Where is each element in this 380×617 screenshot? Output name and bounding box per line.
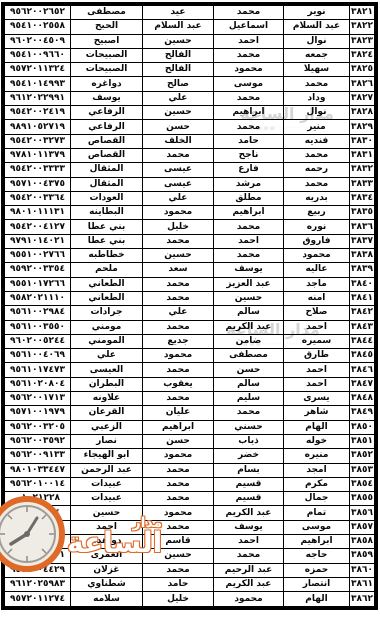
table-row: ٣٨٢٦محمدموسىصالحدواغره٩٥٤١٠١٤٩٩٣: [5, 77, 375, 91]
cell-id: ٣٨٣٠: [350, 134, 375, 148]
table-row: ٣٨٢٧ودادمحمدعلييوسف٩٦١٢٠٢٢٩٩١: [5, 91, 375, 105]
cell-name: موسى: [284, 520, 350, 534]
cell-id: ٣٨٣٥: [350, 206, 375, 220]
cell-id: ٣٨٢٢: [350, 20, 375, 34]
table-row: ٣٨٥٣امجدبساممحمدعبد الرحمن٩٨٠١٠٣٣٤٤٧: [5, 463, 375, 477]
cell-grandfather: حسين: [143, 106, 214, 120]
cell-name: احمد: [284, 363, 350, 377]
cell-phone: ٩٦٠٢٠٠٤٥٠٩: [5, 34, 71, 48]
roster-table: ٣٨٢١نويرمحمدعيدمصطفى٩٥٦٢٠٠٢٦٥٢٣٨٢٢عبد ال…: [4, 5, 375, 607]
cell-name: وداد: [284, 91, 350, 105]
cell-grandfather: حامد: [143, 577, 214, 591]
cell-phone: ٩٥٤٢٠٠٣٣٣٣: [5, 163, 71, 177]
cell-grandfather: يعقوب: [143, 377, 214, 391]
cell-phone: ٩٥٤١٠٠٩٦٦٠: [5, 48, 71, 62]
cell-family: علاونه: [71, 392, 143, 406]
cell-father: احمد: [214, 34, 284, 48]
cell-father: قسيم: [214, 492, 284, 506]
cell-id: ٣٨٢٥: [350, 63, 375, 77]
cell-grandfather: عليان: [143, 406, 214, 420]
cell-family: مومني: [71, 320, 143, 334]
cell-id: ٣٨٤٨: [350, 392, 375, 406]
cell-family: دواهده: [71, 534, 143, 548]
table-row: ٣٨٦٠حمزهعبد الرحيممحمدغزلان٩٥٧١٠٠٤٤٢٩: [5, 563, 375, 577]
cell-family: العودات: [71, 191, 143, 205]
cell-family: علي: [71, 349, 143, 363]
cell-father: عبد الكريم: [214, 577, 284, 591]
table-row: ٣٨٢٣نوالاحمدحسيناصبيح٩٦٠٢٠٠٤٥٠٩: [5, 34, 375, 48]
cell-grandfather: محمد: [143, 563, 214, 577]
cell-family: احمد: [71, 520, 143, 534]
table-row: ٣٨٥٠الهامحسنيابراهيمالزعبي٩٥٦٢٠٠٣٢٠٥: [5, 420, 375, 434]
table-row: ٣٨٤٧احمدسالميعقوبالبطران٩٥٦١٠٢٠٨٠٤: [5, 377, 375, 391]
cell-id: ٣٨٣٦: [350, 220, 375, 234]
cell-grandfather: سعد: [143, 263, 214, 277]
cell-family: الحبح: [71, 20, 143, 34]
cell-name: عاليه: [284, 263, 350, 277]
roster-sheet: ٣٨٢١نويرمحمدعيدمصطفى٩٥٦٢٠٠٢٦٥٢٣٨٢٢عبد ال…: [1, 2, 378, 610]
cell-name: رحمه: [284, 163, 350, 177]
table-row: ٣٨٢١نويرمحمدعيدمصطفى٩٥٦٢٠٠٢٦٥٢: [5, 6, 375, 20]
cell-grandfather: ابراهيم: [143, 420, 214, 434]
cell-father: حسني: [214, 420, 284, 434]
cell-name: احمد: [284, 377, 350, 391]
cell-grandfather: محمود: [143, 506, 214, 520]
table-row: ٣٨٥٢منيرهخضرمحمودابو الهيجاء٩٥٦٢٠٠٩١٣٣: [5, 449, 375, 463]
cell-phone: ٩٦٠٢٠٠٥٢٤٤: [5, 334, 71, 348]
cell-grandfather: محمد: [143, 320, 214, 334]
cell-id: ٣٨٥٨: [350, 534, 375, 548]
table-row: ٣٨٤٨يسرىسليممحمدعلاونه٩٥٦٢٠٠١٧١٣: [5, 392, 375, 406]
cell-name: امنه: [284, 291, 350, 305]
cell-family: القرعان: [71, 406, 143, 420]
cell-family: الرفاعي: [71, 120, 143, 134]
cell-id: ٣٨٥٩: [350, 549, 375, 563]
cell-father: سالم: [214, 306, 284, 320]
cell-father: حسن: [214, 363, 284, 377]
table-row: ٣٨٢٥سهيلامحمودالفالحالصبيحات٩٥٧٢٠١١٣٢٤: [5, 63, 375, 77]
cell-phone: ٩٥٤٢٠٠٢٤١٩: [5, 106, 71, 120]
cell-phone: ٩٥٧٢٠١١٣٢٤: [5, 63, 71, 77]
cell-grandfather: محمد: [143, 392, 214, 406]
cell-name: احمد: [284, 320, 350, 334]
cell-phone: ٩٥٧١٠٠١٩٧٩: [5, 406, 71, 420]
cell-family: العيسى: [71, 363, 143, 377]
cell-name: فنديه: [284, 134, 350, 148]
cell-phone: ٩٥٥١٠١٧٢٦٦: [5, 277, 71, 291]
cell-phone: ٣١٤: [5, 506, 71, 520]
cell-phone: ٨٣: [5, 520, 71, 534]
cell-father: حسين: [214, 291, 284, 305]
cell-phone: ٩٥٤٢٠٠٤١٢٧: [5, 220, 71, 234]
cell-grandfather: عيسى: [143, 163, 214, 177]
cell-family: الصبيحات: [71, 48, 143, 62]
cell-family: المثقال: [71, 177, 143, 191]
cell-father: ضامن: [214, 334, 284, 348]
cell-name: محمود: [284, 249, 350, 263]
cell-phone: ٩٥٤٢٠٠٣٢٧٣: [5, 134, 71, 148]
cell-family: القصاص: [71, 134, 143, 148]
cell-grandfather: خليل: [143, 220, 214, 234]
cell-father: محمد: [214, 406, 284, 420]
cell-father: محمد: [214, 48, 284, 62]
cell-name: ماجد: [284, 277, 350, 291]
cell-father: ابراهيم: [214, 106, 284, 120]
cell-father: ابراهيم: [214, 206, 284, 220]
table-row: ٣٨٣٣محمدمرشدعيسىالمثقال٩٥٧١٠٠٤٣٧٥: [5, 177, 375, 191]
cell-name: امجد: [284, 463, 350, 477]
roster-table-body: ٣٨٢١نويرمحمدعيدمصطفى٩٥٦٢٠٠٢٦٥٢٣٨٢٢عبد ال…: [5, 6, 375, 607]
cell-id: ٣٨٣٧: [350, 234, 375, 248]
cell-family: الزعبي: [71, 420, 143, 434]
table-row: ٣٨٤٠ماجدعبد العزيزمحمدالطعاني٩٥٥١٠١٧٢٦٦: [5, 277, 375, 291]
cell-name: الهام: [284, 420, 350, 434]
cell-father: فارع: [214, 163, 284, 177]
cell-father: محمود: [214, 592, 284, 607]
cell-family: جرادات: [71, 306, 143, 320]
cell-phone: ٩٥٦٢٠٠٩١٣٣: [5, 449, 71, 463]
cell-father: عبد الرحيم: [214, 563, 284, 577]
table-row: ٣٨٤٣احمدعبد الكريممحمدمومني٩٥٦١٠٠٣٥٥٠: [5, 320, 375, 334]
cell-id: ٣٨٤٢: [350, 306, 375, 320]
cell-name: جمعه: [284, 48, 350, 62]
cell-family: سلامه: [71, 592, 143, 607]
cell-family: مصطفى: [71, 6, 143, 20]
cell-family: العمرى: [71, 549, 143, 563]
table-row: ٣٨٥٩حاجهمحمدحسينالعمرى٩٥٩٢٠٠٣٢٣١: [5, 549, 375, 563]
cell-id: ٣٨٥٤: [350, 477, 375, 491]
cell-father: محمد: [214, 220, 284, 234]
cell-grandfather: حسين: [143, 549, 214, 563]
cell-father: عبد العزيز: [214, 277, 284, 291]
cell-phone: ٩٥٦١٠٠٣٥٥٠: [5, 320, 71, 334]
cell-id: ٣٨٤٦: [350, 363, 375, 377]
cell-name: سميره: [284, 334, 350, 348]
cell-phone: ٩٥٩٢٠٠٣٢٣١: [5, 549, 71, 563]
table-row: ٣٨٣٦نورهمحمدخليلبني عطا٩٥٤٢٠٠٤١٢٧: [5, 220, 375, 234]
table-row: ٣٨٣٠فنديهحامدالخلفالقصاص٩٥٤٢٠٠٣٢٧٣: [5, 134, 375, 148]
cell-grandfather: الفالح: [143, 48, 214, 62]
table-row: ٣٨٥١خولهذيابحسننصار٩٥٦٢٠٠٣٥٩٢: [5, 434, 375, 448]
cell-family: يوسف: [71, 91, 143, 105]
cell-father: بسام: [214, 463, 284, 477]
cell-name: منيره: [284, 449, 350, 463]
cell-name: نوال: [284, 34, 350, 48]
cell-family: الطعاني: [71, 277, 143, 291]
cell-name: منير: [284, 120, 350, 134]
cell-phone: ٩٧٩١٠١٤٠٢١: [5, 234, 71, 248]
cell-grandfather: عبد السلام: [143, 20, 214, 34]
cell-grandfather: محمد: [143, 234, 214, 248]
cell-family: عبيدات: [71, 477, 143, 491]
cell-father: مطلق: [214, 191, 284, 205]
cell-grandfather: صالح: [143, 77, 214, 91]
cell-family: بني عطا: [71, 220, 143, 234]
cell-father: ناجح: [214, 148, 284, 162]
cell-id: ٣٨٢٤: [350, 48, 375, 62]
cell-name: فاروق: [284, 234, 350, 248]
cell-father: يوسف: [214, 263, 284, 277]
cell-phone: ٩٥٦١٠٢٠٨٠٤: [5, 377, 71, 391]
cell-name: محمد: [284, 177, 350, 191]
cell-phone: ١٠٢١٢٢٨: [5, 492, 71, 506]
cell-phone: ٩٥٤١٠١٤٩٩٣: [5, 77, 71, 91]
cell-father: احمد: [214, 234, 284, 248]
cell-family: ابو الهيجاء: [71, 449, 143, 463]
cell-name: شاهر: [284, 406, 350, 420]
cell-id: ٣٨٢٧: [350, 91, 375, 105]
cell-phone: ٩٧٨١٠١١٣٧٩: [5, 148, 71, 162]
cell-grandfather: محمود: [143, 206, 214, 220]
cell-grandfather: قاسم: [143, 534, 214, 548]
cell-phone: ٩٥٥١٠٠٢٧٦٦: [5, 249, 71, 263]
cell-name: عبد السلام: [284, 20, 350, 34]
cell-father: محمود: [214, 63, 284, 77]
table-row: ٣٨٣١محمدناجحمحمدالقصاص٩٧٨١٠١١٣٧٩: [5, 148, 375, 162]
cell-family: غزلان: [71, 563, 143, 577]
cell-father: مرشد: [214, 177, 284, 191]
cell-grandfather: خليل: [143, 592, 214, 607]
table-row: ٣٨٥٤مكرمقسيممحمدعبيدات٩٥٦٢٠١٠٠١٤: [5, 477, 375, 491]
cell-grandfather: علي: [143, 191, 214, 205]
cell-phone: ٩٥٩٢٠٠٣٣٥٤: [5, 263, 71, 277]
cell-phone: ٩٥٧٢٠١١٢٧٤: [5, 592, 71, 607]
cell-phone: ٦٨: [5, 534, 71, 548]
table-row: ٣٨٣٢رحمهفارععيسىالمثقال٩٥٤٢٠٠٣٣٣٣: [5, 163, 375, 177]
cell-father: مصطفى: [214, 349, 284, 363]
cell-family: المومني: [71, 334, 143, 348]
cell-family: نصار: [71, 434, 143, 448]
cell-grandfather: علي: [143, 91, 214, 105]
cell-id: ٣٨٦٠: [350, 563, 375, 577]
table-row: ٣٨٤١امنهحسينمحمدالطعاني٩٥٨٢٠٢١١١٠: [5, 291, 375, 305]
cell-id: ٣٨٢٣: [350, 34, 375, 48]
cell-father: محمد: [214, 549, 284, 563]
cell-name: ربيع: [284, 206, 350, 220]
cell-id: ٣٨٢٨: [350, 106, 375, 120]
table-row: ٣٨٣٥ربيعابراهيممحمودالبطاينه٩٨٠١٠١١١٣١: [5, 206, 375, 220]
cell-phone: ٩٥٦٢٠٠٣٢٠٥: [5, 420, 71, 434]
cell-grandfather: حسن: [143, 434, 214, 448]
cell-id: ٣٨٢٩: [350, 120, 375, 134]
table-row: ٣٨٦٢الهاممحمودخليلسلامه٩٥٧٢٠١١٢٧٤: [5, 592, 375, 607]
table-row: ٣٨٥٧موسىيوسفمحمداحمد٨٣: [5, 520, 375, 534]
cell-grandfather: محمود: [143, 349, 214, 363]
cell-name: جمال: [284, 492, 350, 506]
cell-grandfather: محمد: [143, 520, 214, 534]
cell-family: خطاطبه: [71, 249, 143, 263]
cell-grandfather: حسين: [143, 249, 214, 263]
table-row: ٣٨٣٨محمودمحمدحسينخطاطبه٩٥٥١٠٠٢٧٦٦: [5, 249, 375, 263]
cell-father: محمد: [214, 249, 284, 263]
cell-family: دواغره: [71, 77, 143, 91]
cell-father: احمد: [214, 534, 284, 548]
cell-id: ٣٨٣٢: [350, 163, 375, 177]
cell-father: عبد الكريم: [214, 506, 284, 520]
cell-id: ٣٨٤٧: [350, 377, 375, 391]
cell-name: طارق: [284, 349, 350, 363]
cell-phone: ٩٨٩١٠٥٢٧١٩: [5, 120, 71, 134]
cell-name: سهيلا: [284, 63, 350, 77]
table-row: ٣٨٤٤سميرهضامنجديعالمومني٩٦٠٢٠٠٥٢٤٤: [5, 334, 375, 348]
cell-id: ٣٨٥٢: [350, 449, 375, 463]
cell-name: نوره: [284, 220, 350, 234]
cell-name: ابراهيم: [284, 534, 350, 548]
cell-father: سليم: [214, 392, 284, 406]
cell-name: حاجه: [284, 549, 350, 563]
cell-name: نوير: [284, 6, 350, 20]
cell-phone: ٩٥٦٢٠١٠٠١٤: [5, 477, 71, 491]
cell-grandfather: عيسى: [143, 177, 214, 191]
cell-phone: ٩٦١٢٠٢٥٩٨٣: [5, 577, 71, 591]
cell-phone: ٩٥٧١٠٠٤٣٧٥: [5, 177, 71, 191]
cell-id: ٣٨٥٣: [350, 463, 375, 477]
cell-id: ٣٨٥١: [350, 434, 375, 448]
cell-name: يسرى: [284, 392, 350, 406]
cell-id: ٣٨٣٤: [350, 191, 375, 205]
table-row: ٣٨٣٧فاروقاحمدمحمدبني عطا٩٧٩١٠١٤٠٢١: [5, 234, 375, 248]
table-row: ٣٨٤٥طارقمصطفىمحمودعلي٩٥٦١٠٠٤٠٦٩: [5, 349, 375, 363]
cell-grandfather: محمد: [143, 477, 214, 491]
cell-phone: ٩٥٦١٠٠٤٠٦٩: [5, 349, 71, 363]
table-row: ٣٨٦١انتصارعبد الكريمحامدشطناوي٩٦١٢٠٢٥٩٨٣: [5, 577, 375, 591]
table-row: ٣٨٤٩شاهرمحمدعليانالقرعان٩٥٧١٠٠١٩٧٩: [5, 406, 375, 420]
cell-id: ٣٨٥٧: [350, 520, 375, 534]
cell-phone: ٩٥٧١٠٠٤٤٢٩: [5, 563, 71, 577]
cell-grandfather: الخلف: [143, 134, 214, 148]
table-row: ٣٨٣٤بدريهمطلقعليالعودات٩٥٤٢٠٠٣٣٦٤: [5, 191, 375, 205]
cell-name: تمام: [284, 506, 350, 520]
cell-family: البطران: [71, 377, 143, 391]
cell-name: محمد: [284, 77, 350, 91]
cell-phone: ٩٥٤٢٠٠٣٣٦٤: [5, 191, 71, 205]
cell-family: القصاص: [71, 148, 143, 162]
cell-phone: ٩٥٦١٠١٧٤٧٣: [5, 363, 71, 377]
cell-id: ٣٨٣٨: [350, 249, 375, 263]
cell-id: ٣٨٤٣: [350, 320, 375, 334]
table-row: ٣٨٣٩عاليهيوسفسعدملحم٩٥٩٢٠٠٣٣٥٤: [5, 263, 375, 277]
cell-id: ٣٨٢١: [350, 6, 375, 20]
cell-grandfather: حسن: [143, 120, 214, 134]
cell-phone: ٩٥٦١٠٠٢٩٨٤: [5, 306, 71, 320]
cell-grandfather: محمد: [143, 492, 214, 506]
cell-phone: ٩٦١٢٠٢٢٩٩١: [5, 91, 71, 105]
table-row: ٣٨٥٦تمامعبد الكريممحمودحسين٣١٤: [5, 506, 375, 520]
cell-name: خوله: [284, 434, 350, 448]
cell-id: ٣٨٥٥: [350, 492, 375, 506]
cell-father: خضر: [214, 449, 284, 463]
cell-id: ٣٨٤٩: [350, 406, 375, 420]
table-row: ٣٨٥٥جمالقسيممحمدعبيدات١٠٢١٢٢٨: [5, 492, 375, 506]
cell-family: الصبيحات: [71, 63, 143, 77]
table-row: ٣٨٥٨ابراهيماحمدقاسمدواهده٦٨: [5, 534, 375, 548]
cell-family: شطناوي: [71, 577, 143, 591]
cell-grandfather: علي: [143, 306, 214, 320]
cell-grandfather: حسين: [143, 34, 214, 48]
cell-phone: ٩٨٠١٠٣٣٤٤٧: [5, 463, 71, 477]
cell-id: ٣٨٤٤: [350, 334, 375, 348]
cell-grandfather: محمد: [143, 277, 214, 291]
cell-family: الطعاني: [71, 291, 143, 305]
cell-family: عبد الرحمن: [71, 463, 143, 477]
scanned-roster-page: { "table": { "column_order": ["id","name…: [0, 0, 380, 617]
cell-family: بني عطا: [71, 234, 143, 248]
cell-family: اصبيح: [71, 34, 143, 48]
cell-father: سالم: [214, 377, 284, 391]
cell-name: انتصار: [284, 577, 350, 591]
cell-grandfather: محمود: [143, 449, 214, 463]
table-row: ٣٨٢٢عبد السلاماسماعيلعبد السلامالحبح٩٥٤١…: [5, 20, 375, 34]
cell-name: حمزه: [284, 563, 350, 577]
cell-phone: ٩٥٨٢٠٢١١١٠: [5, 291, 71, 305]
cell-grandfather: محمد: [143, 463, 214, 477]
cell-id: ٣٨٤٠: [350, 277, 375, 291]
cell-id: ٣٨٦٢: [350, 592, 375, 607]
cell-grandfather: عيد: [143, 6, 214, 20]
cell-phone: ٩٥٦٢٠٠١٧١٣: [5, 392, 71, 406]
cell-id: ٣٨٣٣: [350, 177, 375, 191]
cell-name: الهام: [284, 592, 350, 607]
cell-grandfather: محمد: [143, 291, 214, 305]
cell-name: صلاح: [284, 306, 350, 320]
cell-id: ٣٨٤٥: [350, 349, 375, 363]
cell-name: بدريه: [284, 191, 350, 205]
cell-grandfather: جديع: [143, 334, 214, 348]
cell-father: حامد: [214, 134, 284, 148]
table-row: ٣٨٤٢صلاحسالمعليجرادات٩٥٦١٠٠٢٩٨٤: [5, 306, 375, 320]
table-row: ٣٨٢٤جمعهمحمدالفالحالصبيحات٩٥٤١٠٠٩٦٦٠: [5, 48, 375, 62]
cell-id: ٣٨٣٩: [350, 263, 375, 277]
cell-phone: ٩٥٦٢٠٠٣٥٩٢: [5, 434, 71, 448]
cell-father: ذياب: [214, 434, 284, 448]
cell-id: ٣٨٦١: [350, 577, 375, 591]
cell-father: قسيم: [214, 477, 284, 491]
cell-grandfather: محمد: [143, 363, 214, 377]
cell-id: ٣٨٣١: [350, 148, 375, 162]
cell-id: ٣٨٤١: [350, 291, 375, 305]
cell-father: محمد: [214, 6, 284, 20]
cell-family: ملحم: [71, 263, 143, 277]
table-row: ٣٨٢٨نوالابراهيمحسينالرفاعي٩٥٤٢٠٠٢٤١٩: [5, 106, 375, 120]
table-row: ٣٨٢٩منيرمحمدحسنالرفاعي٩٨٩١٠٥٢٧١٩: [5, 120, 375, 134]
cell-phone: ٩٥٤١٠٠٢٥٥٨: [5, 20, 71, 34]
cell-father: عبد الكريم: [214, 320, 284, 334]
cell-phone: ٩٨٠١٠١١١٣١: [5, 206, 71, 220]
cell-father: محمد: [214, 91, 284, 105]
cell-family: المثقال: [71, 163, 143, 177]
cell-father: اسماعيل: [214, 20, 284, 34]
cell-name: محمد: [284, 148, 350, 162]
cell-grandfather: الفالح: [143, 63, 214, 77]
cell-id: ٣٨٥٠: [350, 420, 375, 434]
cell-family: البطاينه: [71, 206, 143, 220]
cell-grandfather: محمد: [143, 148, 214, 162]
cell-id: ٣٨٥٦: [350, 506, 375, 520]
cell-name: مكرم: [284, 477, 350, 491]
cell-family: عبيدات: [71, 492, 143, 506]
cell-name: نوال: [284, 106, 350, 120]
cell-family: حسين: [71, 506, 143, 520]
cell-father: يوسف: [214, 520, 284, 534]
table-row: ٣٨٤٦احمدحسنمحمدالعيسى٩٥٦١٠١٧٤٧٣: [5, 363, 375, 377]
cell-father: موسى: [214, 77, 284, 91]
cell-id: ٣٨٢٦: [350, 77, 375, 91]
cell-family: الرفاعي: [71, 106, 143, 120]
cell-phone: ٩٥٦٢٠٠٢٦٥٢: [5, 6, 71, 20]
cell-father: محمد: [214, 120, 284, 134]
